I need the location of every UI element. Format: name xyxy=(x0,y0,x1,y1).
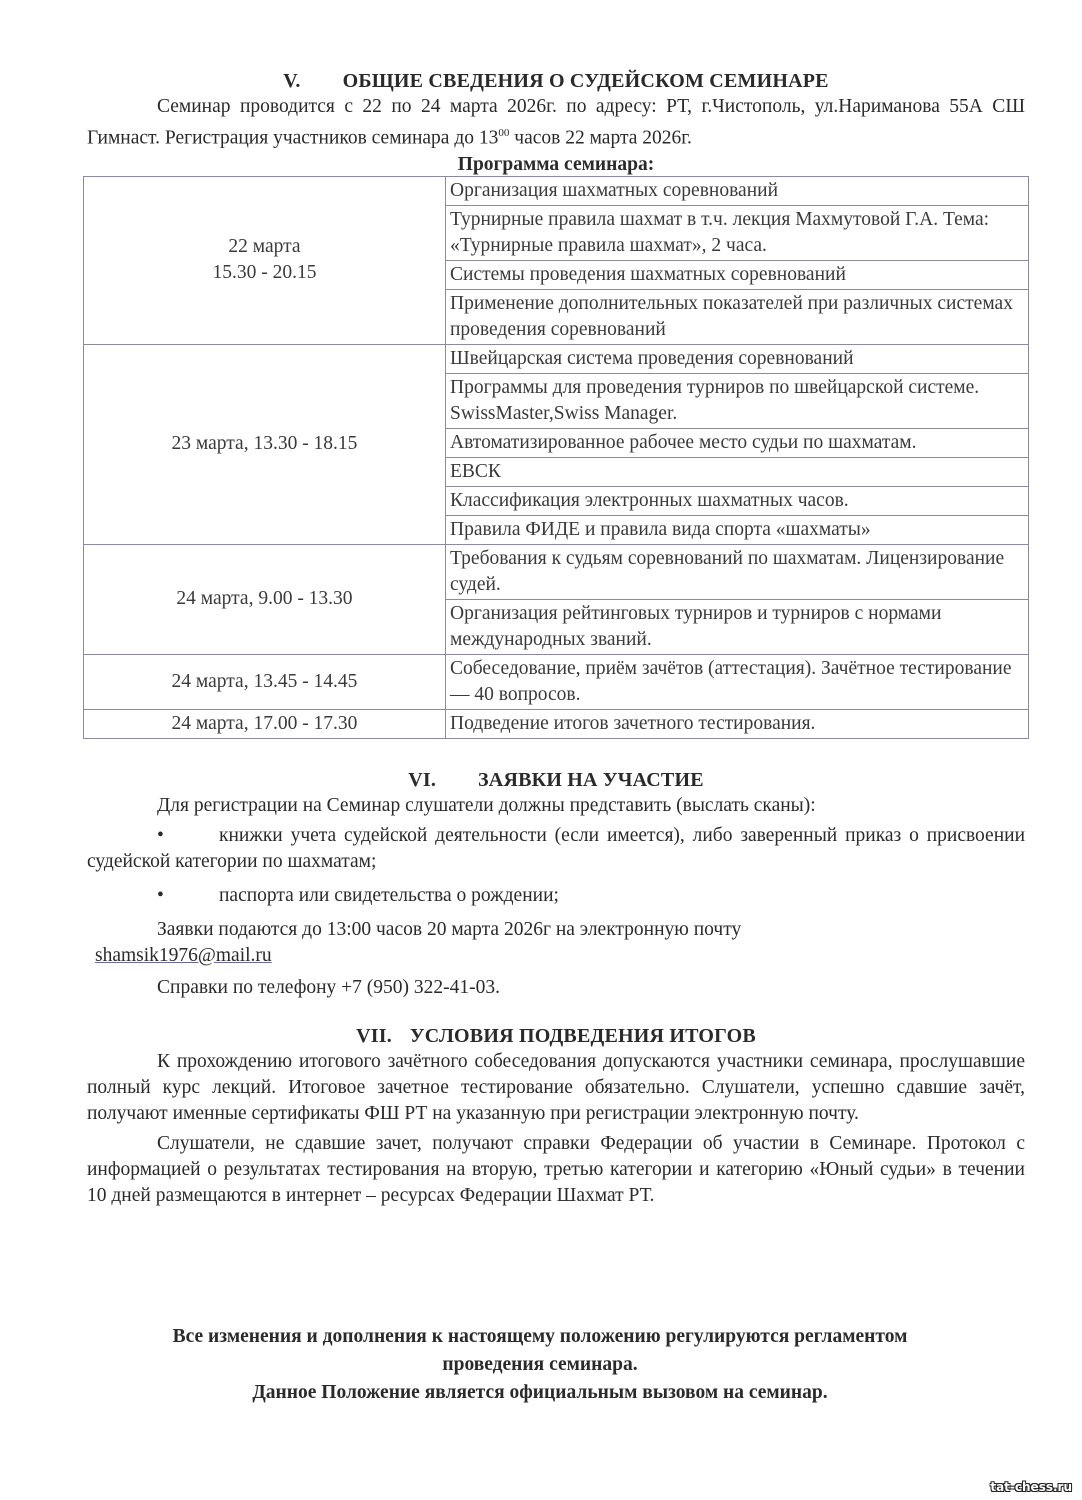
bullet-item: •паспорта или свидетельства о рождении; xyxy=(87,883,1025,909)
final-notice: Все изменения и дополнения к настоящему … xyxy=(80,1323,1000,1407)
program-topic: Турнирные правила шахмат в т.ч. лекция М… xyxy=(446,205,1029,260)
bullet-item: •книжки учета судейской деятельности (ес… xyxy=(87,823,1025,875)
site-watermark: tat-chess.ru xyxy=(990,1480,1072,1494)
phone-text: Справки по телефону +7 (950) 322-41-03. xyxy=(87,975,1025,1001)
deadline-text: Заявки подаются до 13:00 часов 20 марта … xyxy=(87,917,1025,943)
program-table: 22 марта15.30 - 20.15Организация шахматн… xyxy=(83,176,1029,739)
program-date: 22 марта15.30 - 20.15 xyxy=(84,176,446,344)
program-date: 24 марта, 13.45 - 14.45 xyxy=(84,654,446,709)
section-5-intro: Семинар проводится с 22 по 24 марта 2026… xyxy=(87,94,1025,152)
program-date: 24 марта, 9.00 - 13.30 xyxy=(84,544,446,654)
program-date: 24 марта, 17.00 - 17.30 xyxy=(84,709,446,738)
program-row: 24 марта, 9.00 - 13.30Требования к судья… xyxy=(84,544,1029,599)
program-topic: Подведение итогов зачетного тестирования… xyxy=(446,709,1029,738)
program-topic: Организация шахматных соревнований xyxy=(446,176,1029,205)
program-topic: ЕВСК xyxy=(446,457,1029,486)
bullet-icon: • xyxy=(157,883,219,909)
program-topic: Программы для проведения турниров по шве… xyxy=(446,373,1029,428)
section-5-heading: V.ОБЩИЕ СВЕДЕНИЯ О СУДЕЙСКОМ СЕМИНАРЕ xyxy=(87,68,1025,94)
program-topic: Собеседование, приём зачётов (аттестация… xyxy=(446,654,1029,709)
section-7-para-1: К прохождению итогового зачётного собесе… xyxy=(87,1049,1025,1127)
program-row: 24 марта, 13.45 - 14.45Собеседование, пр… xyxy=(84,654,1029,709)
program-topic: Организация рейтинговых турниров и турни… xyxy=(446,599,1029,654)
program-topic: Автоматизированное рабочее место судьи п… xyxy=(446,428,1029,457)
email-link[interactable]: shamsik1976@mail.ru xyxy=(95,945,272,966)
program-topic: Швейцарская система проведения соревнова… xyxy=(446,344,1029,373)
section-7-heading: VII.УСЛОВИЯ ПОДВЕДЕНИЯ ИТОГОВ xyxy=(87,1023,1025,1049)
program-topic: Правила ФИДЕ и правила вида спорта «шахм… xyxy=(446,515,1029,544)
program-row: 22 марта15.30 - 20.15Организация шахматн… xyxy=(84,176,1029,205)
document-page: V.ОБЩИЕ СВЕДЕНИЯ О СУДЕЙСКОМ СЕМИНАРЕ Се… xyxy=(87,68,1025,1209)
program-date: 23 марта, 13.30 - 18.15 xyxy=(84,344,446,544)
program-row: 23 марта, 13.30 - 18.15Швейцарская систе… xyxy=(84,344,1029,373)
program-title: Программа семинара: xyxy=(87,154,1025,176)
bullet-icon: • xyxy=(157,823,219,849)
program-topic: Требования к судьям соревнований по шахм… xyxy=(446,544,1029,599)
program-row: 24 марта, 17.00 - 17.30Подведение итогов… xyxy=(84,709,1029,738)
section-6-intro: Для регистрации на Семинар слушатели дол… xyxy=(87,793,1025,819)
section-7-para-2: Слушатели, не сдавшие зачет, получают сп… xyxy=(87,1131,1025,1209)
program-topic: Классификация электронных шахматных часо… xyxy=(446,486,1029,515)
program-topic: Системы проведения шахматных соревновани… xyxy=(446,260,1029,289)
section-6-heading: VI.ЗАЯВКИ НА УЧАСТИЕ xyxy=(87,767,1025,793)
program-topic: Применение дополнительных показателей пр… xyxy=(446,289,1029,344)
